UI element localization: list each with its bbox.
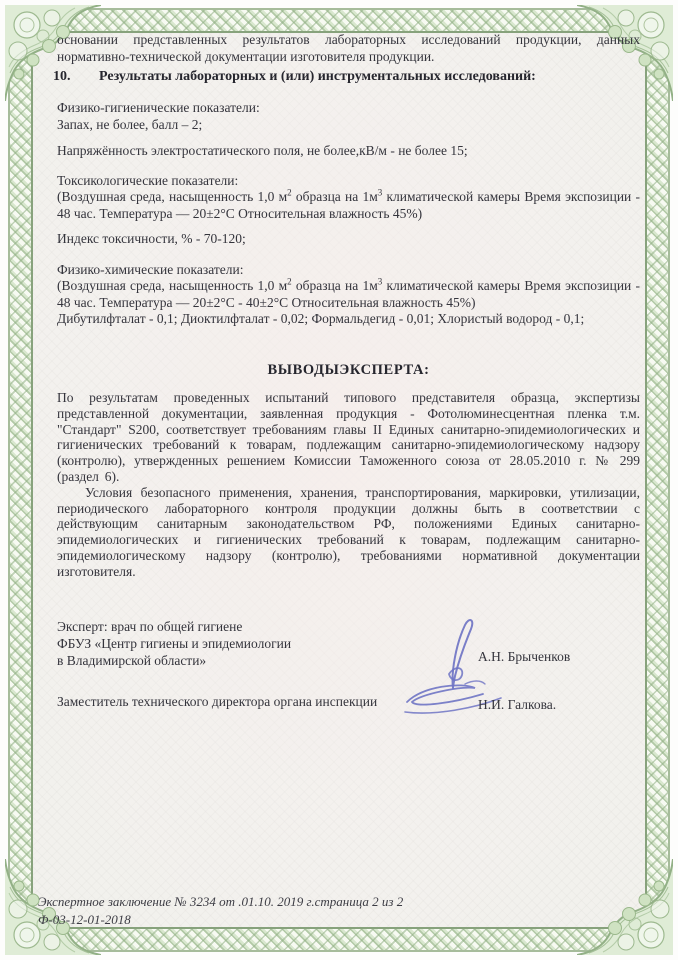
footer-reference-line: Экспертное заключение № 3234 от .01.10. … xyxy=(38,893,403,911)
toxicological-conditions: (Воздушная среда, насыщенность 1,0 м2 об… xyxy=(57,189,640,222)
odor-line: Запах, не более, балл – 2; xyxy=(57,117,640,134)
section-number: 10. xyxy=(53,68,99,85)
electrostatic-line: Напряжённость электростатического поля, … xyxy=(57,143,640,160)
intro-paragraph: основании представленных результатов лаб… xyxy=(57,32,640,65)
signature-block: Эксперт: врач по общей гигиене ФБУЗ «Цен… xyxy=(57,618,640,733)
border-band-bottom xyxy=(8,926,670,952)
section-10-heading: 10. Результаты лабораторных и (или) инст… xyxy=(57,68,640,85)
conclusion-paragraph-1: По результатам проведенных испытаний тип… xyxy=(57,390,640,485)
document-body: основании представленных результатов лаб… xyxy=(57,32,640,733)
conclusion-heading: ВЫВОДЫЭКСПЕРТА: xyxy=(57,362,640,379)
physico-chemical-conditions: (Воздушная среда, насыщенность 1,0 м2 об… xyxy=(57,278,640,311)
physico-chemical-header: Физико-химические показатели: xyxy=(57,262,640,279)
border-band-right xyxy=(644,8,670,952)
border-band-left xyxy=(8,8,34,952)
certificate-page: основании представленных результатов лаб… xyxy=(0,0,678,960)
border-band-top xyxy=(8,8,670,34)
section-title: Результаты лабораторных и (или) инструме… xyxy=(99,68,536,85)
physico-chemical-block: Физико-химические показатели: (Воздушная… xyxy=(57,262,640,328)
footer-form-code: Ф-03-12-01-2018 xyxy=(38,911,403,929)
conclusion-paragraph-2: Условия безопасного применения, хранения… xyxy=(57,485,640,580)
expert-org-line-1: ФБУЗ «Центр гигиены и эпидемиологии xyxy=(57,635,291,652)
physico-hygienic-header: Физико-гигиенические показатели: xyxy=(57,100,640,117)
toxicological-block: Токсикологические показатели: (Воздушная… xyxy=(57,173,640,248)
deputy-title: Заместитель технического директора орган… xyxy=(57,694,377,711)
chemicals-line: Дибутилфталат - 0,1; Диоктилфталат - 0,0… xyxy=(57,311,640,328)
deputy-name: Н.И. Галкова. xyxy=(478,697,556,714)
expert-role-line: Эксперт: врач по общей гигиене xyxy=(57,618,291,635)
toxicological-header: Токсикологические показатели: xyxy=(57,173,640,190)
expert-identity: Эксперт: врач по общей гигиене ФБУЗ «Цен… xyxy=(57,618,291,669)
physico-hygienic-block: Физико-гигиенические показатели: Запах, … xyxy=(57,100,640,133)
expert-org-line-2: в Владимирской области» xyxy=(57,652,291,669)
guilloche-corner-icon xyxy=(577,859,673,955)
toxicity-index-line: Индекс токсичности, % - 70-120; xyxy=(57,231,640,248)
expert-name: А.Н. Брыченков xyxy=(478,649,570,666)
document-footer: Экспертное заключение № 3234 от .01.10. … xyxy=(38,893,403,928)
